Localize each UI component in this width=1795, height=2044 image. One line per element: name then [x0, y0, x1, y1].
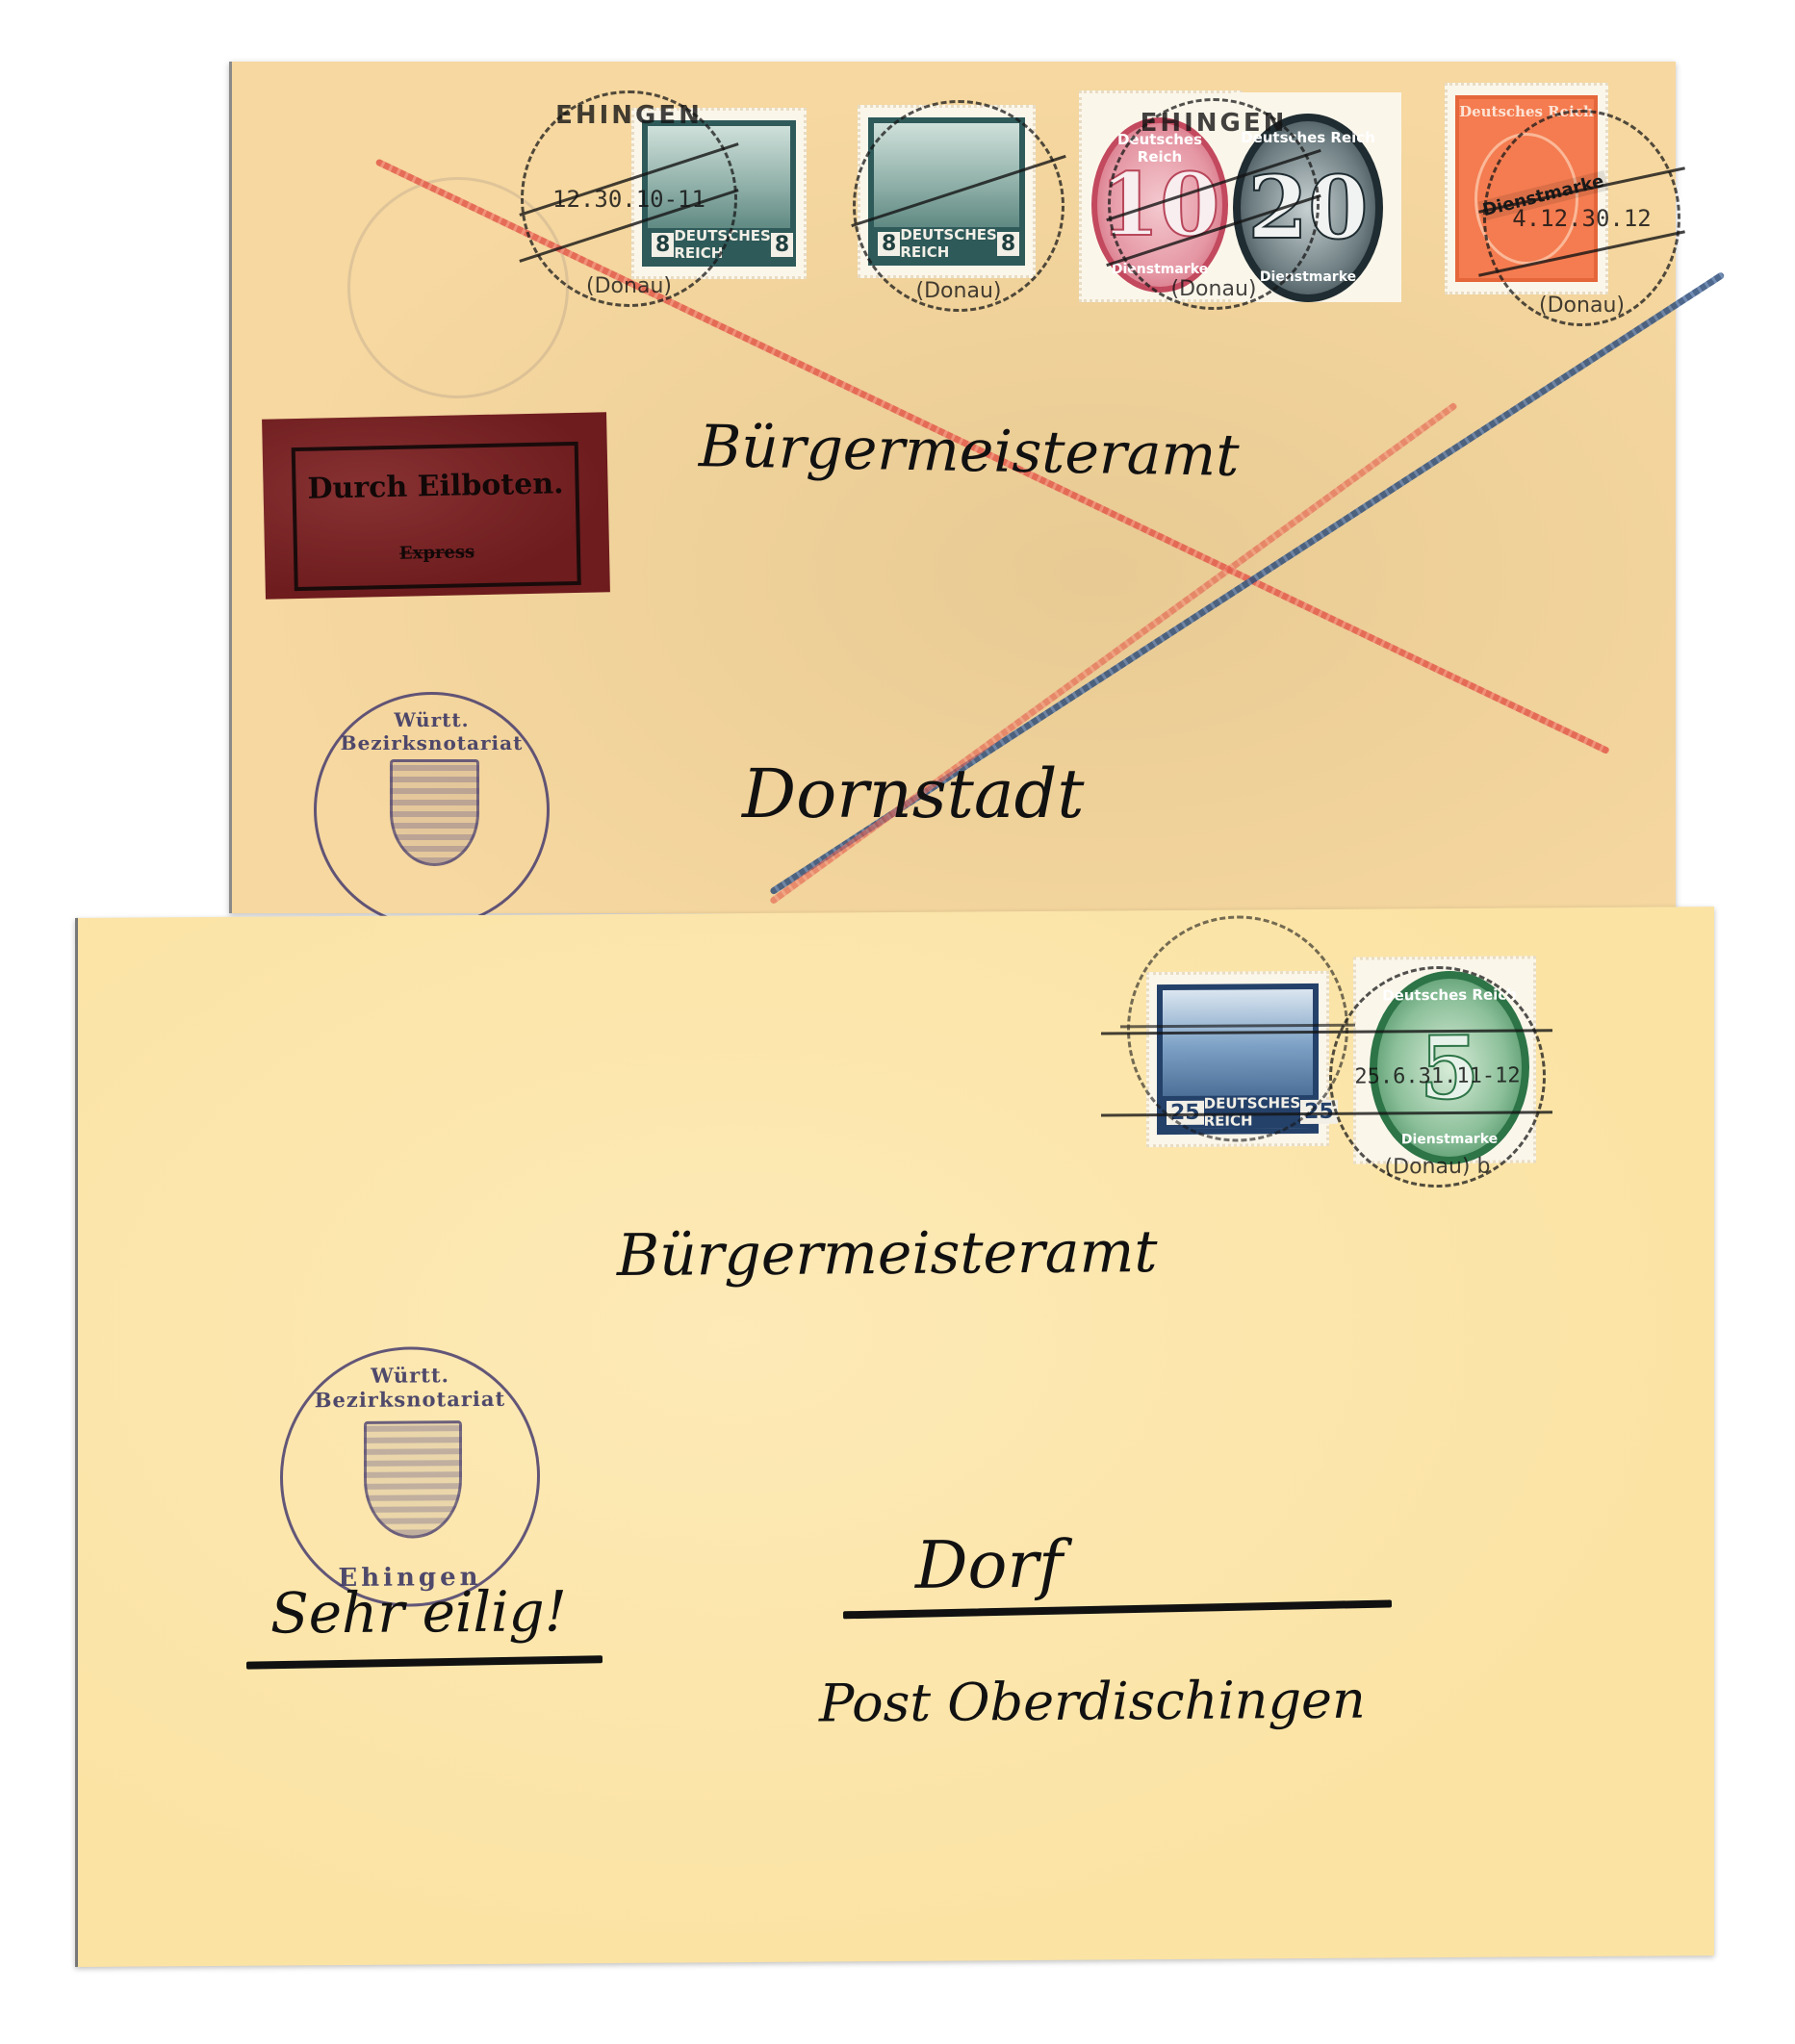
address-line-3: Post Oberdischingen	[819, 1670, 1366, 1734]
note-underline	[246, 1655, 603, 1669]
coat-of-arms-icon	[390, 759, 478, 866]
address-line-2: Dorf	[915, 1527, 1063, 1604]
note-urgent: Sehr eilig!	[270, 1578, 567, 1646]
postmark-donau-2: 25.6.31.11-12 (Donau) b	[1329, 965, 1546, 1188]
postmark-ehingen-4: 4.12.30.12 (Donau)	[1483, 110, 1680, 326]
address-line-1: Bürgermeisteramt	[698, 413, 1240, 490]
express-delivery-label: Durch Eilboten. Express	[262, 412, 610, 599]
address-line-1: Bürgermeisteramt	[617, 1218, 1157, 1290]
notary-seal-top: Württ. Bezirksnotariat	[314, 692, 550, 928]
envelope-top: 8DEUTSCHES REICH8 8DEUTSCHES REICH8 Deut…	[229, 62, 1676, 913]
postmark-ehingen-2: (Donau)	[853, 100, 1064, 312]
postmark-ehingen-3: EHINGEN (Donau)	[1108, 98, 1320, 310]
coat-of-arms-icon	[364, 1420, 461, 1539]
envelope-bottom: 25DEUTSCHES REICH25 Deutsches Reich 5 Di…	[75, 907, 1714, 1967]
address-line-2: Dornstadt	[742, 754, 1085, 833]
postmark-donau-1	[1127, 915, 1348, 1143]
notary-seal-bottom: Württ. Bezirksnotariat Ehingen	[280, 1346, 540, 1608]
postmark-ehingen-1: EHINGEN 12.30.10-11 (Donau)	[521, 90, 737, 307]
